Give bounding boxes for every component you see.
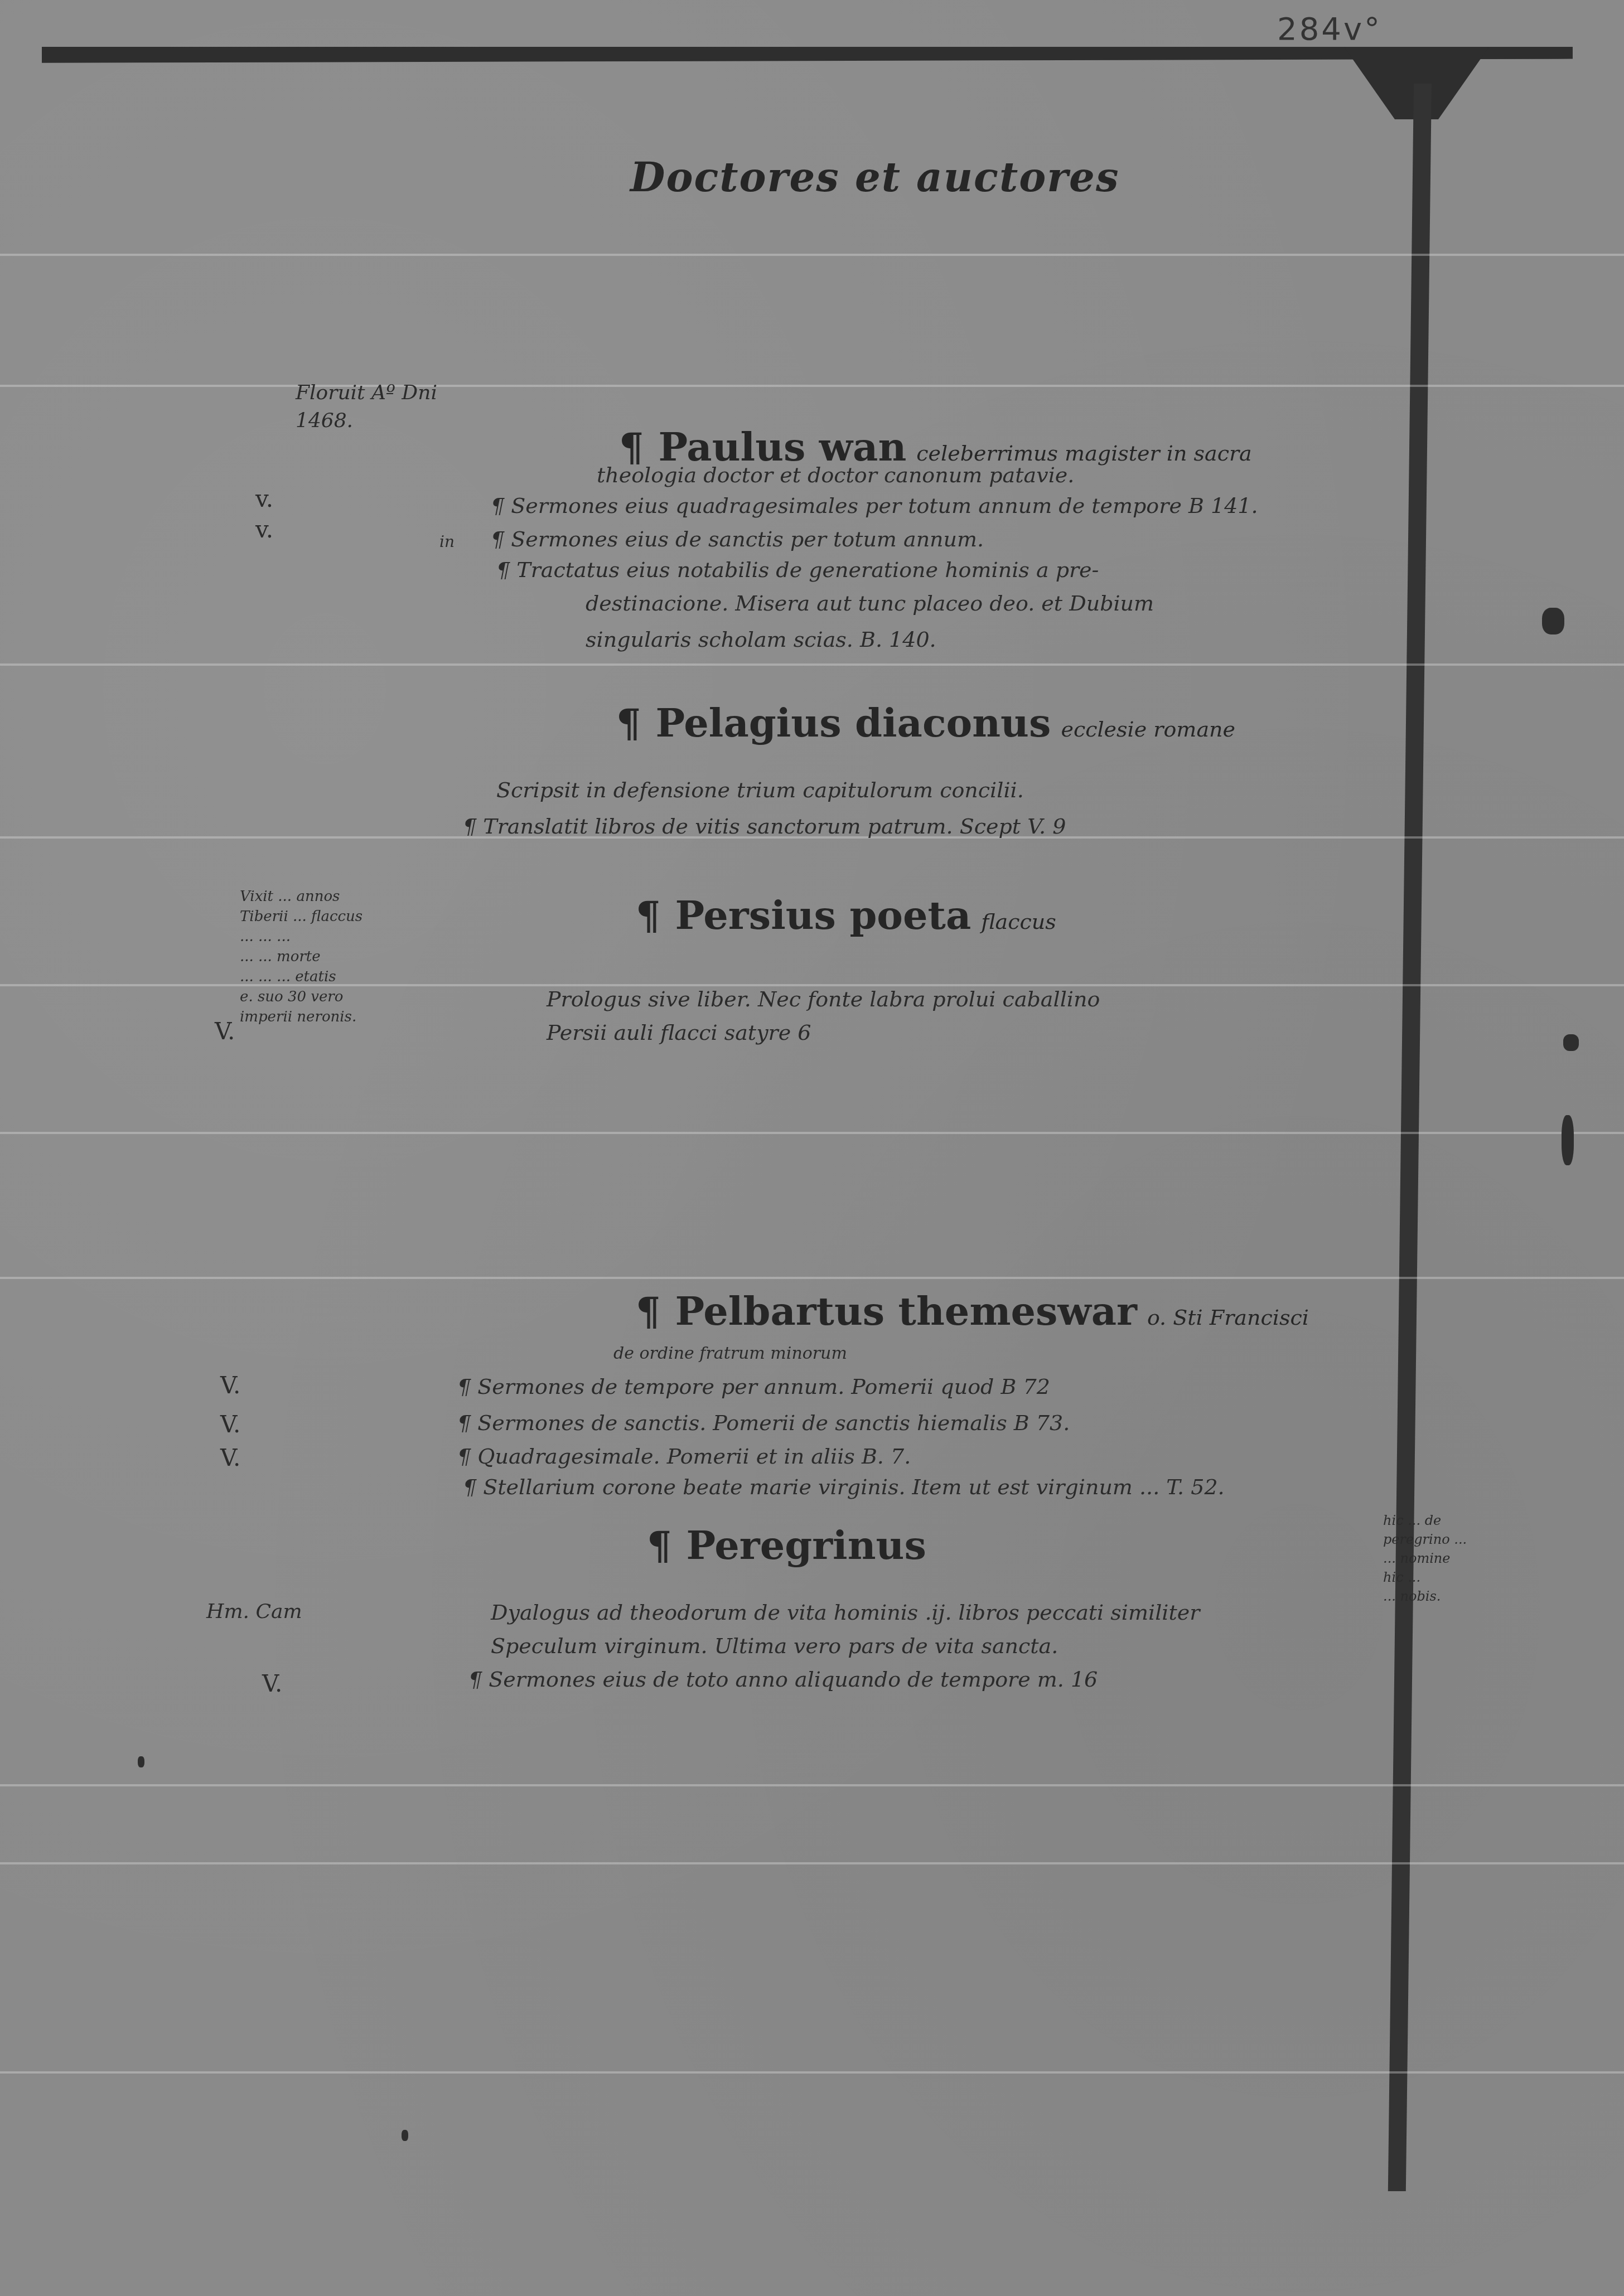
side-note-line: ... ... ... etatis xyxy=(240,967,362,987)
entry-text: Quadragesimale. Pomerii et in aliis xyxy=(477,1444,855,1469)
entry-line: Persii auli flacci satyre 6 xyxy=(547,1020,811,1045)
side-note: Hm. Cam xyxy=(206,1600,302,1623)
side-note-line: imperii neronis. xyxy=(240,1007,362,1027)
pilcrow-icon: ¶ xyxy=(463,814,476,839)
page-title: Doctores et auctores xyxy=(630,153,1119,201)
shelfmark: B 73. xyxy=(1014,1411,1070,1435)
entry-text: Translatit libros de vitis sanctorum pat… xyxy=(483,814,1021,839)
entry-text: Sermones eius de sanctis per totum annum… xyxy=(511,527,984,551)
pilcrow-icon: ¶ xyxy=(457,1374,471,1399)
shelfmark: B 72 xyxy=(1000,1374,1050,1399)
pilcrow-icon: ¶ xyxy=(636,892,661,938)
entry-line: ¶ Quadragesimale. Pomerii et in aliis B.… xyxy=(457,1444,911,1469)
entry-line: Prologus sive liber. Nec fonte labra pro… xyxy=(547,987,1100,1011)
right-note-line: hic ... xyxy=(1383,1568,1467,1587)
ruled-line xyxy=(0,254,1624,256)
entry-heading: ¶Persius poetaflaccus xyxy=(636,892,1056,938)
side-note-line: ... ... ... xyxy=(240,927,362,947)
margin-mark: in xyxy=(439,532,455,551)
pilcrow-icon: ¶ xyxy=(468,1667,482,1692)
pilcrow-icon: ¶ xyxy=(491,493,504,518)
shelfmark: B. 140. xyxy=(860,627,936,652)
siglum: V. xyxy=(220,1411,240,1438)
entry-line: ¶ Sermones eius de sanctis per totum ann… xyxy=(491,527,984,551)
right-note-line: peregrino ... xyxy=(1383,1530,1467,1549)
author-epithet: o. Sti Francisci xyxy=(1147,1305,1309,1330)
entry-heading: ¶Peregrinus xyxy=(647,1522,926,1568)
author-name: Persius poeta xyxy=(675,892,971,938)
right-note-line: ... nomine xyxy=(1383,1549,1467,1568)
ink-blot xyxy=(1563,1034,1579,1051)
side-note-line: Floruit Aº Dni xyxy=(296,379,437,407)
side-note-line: e. suo 30 vero xyxy=(240,987,362,1007)
entry-line: Dyalogus ad theodorum de vita hominis .i… xyxy=(491,1600,1200,1625)
pilcrow-icon: ¶ xyxy=(636,1288,661,1334)
siglum: V. xyxy=(215,1018,235,1045)
entry-line: ¶ Tractatus eius notabilis de generation… xyxy=(496,558,1099,582)
right-note-line: ... nobis. xyxy=(1383,1587,1467,1606)
entry-heading: ¶Pelagius diaconusecclesie romane xyxy=(616,700,1235,746)
entry-line: Speculum virginum. Ultima vero pars de v… xyxy=(491,1634,1058,1658)
shelfmark: B. 7. xyxy=(862,1444,911,1469)
ink-blot xyxy=(1562,1115,1574,1165)
entry-text: Sermones de sanctis. Pomerii de sanctis … xyxy=(477,1411,1007,1435)
right-note-line: hic ... de xyxy=(1383,1511,1467,1530)
siglum: V. xyxy=(262,1670,282,1697)
siglum: v. xyxy=(255,516,273,543)
pilcrow-icon: ¶ xyxy=(616,700,641,746)
pilcrow-icon: ¶ xyxy=(457,1411,471,1435)
author-name: Peregrinus xyxy=(687,1522,926,1568)
pilcrow-icon: ¶ xyxy=(457,1444,471,1469)
siglum: v. xyxy=(255,485,273,512)
pilcrow-icon: ¶ xyxy=(491,527,504,551)
entry-text: Tractatus eius notabilis de generatione … xyxy=(516,558,1099,582)
entry-line: ¶ Sermones eius quadragesimales per totu… xyxy=(491,493,1258,518)
entry-text: singularis scholam scias. xyxy=(586,627,853,652)
side-note: Floruit Aº Dni 1468. xyxy=(296,379,437,435)
entry-text: Sermones eius de toto anno aliquando de … xyxy=(489,1667,1030,1692)
top-frame-rule xyxy=(42,47,1573,74)
ruled-line xyxy=(0,1277,1624,1279)
side-note-line: 1468. xyxy=(296,407,437,435)
ruled-line xyxy=(0,1862,1624,1864)
pilcrow-icon: ¶ xyxy=(647,1522,672,1568)
pilcrow-icon: ¶ xyxy=(496,558,510,582)
pilcrow-icon: ¶ xyxy=(463,1475,476,1499)
author-name: Pelagius diaconus xyxy=(656,700,1051,746)
ruled-line xyxy=(0,663,1624,666)
shelfmark: B 141. xyxy=(1188,493,1258,518)
side-note: Vixit ... annos Tiberii ... flaccus ... … xyxy=(240,887,362,1027)
entry-heading: ¶Pelbartus themeswaro. Sti Francisci xyxy=(636,1288,1309,1334)
entry-line: ¶ Sermones eius de toto anno aliquando d… xyxy=(468,1667,1098,1692)
entry-heading-cont: theologia doctor et doctor canonum patav… xyxy=(597,463,1074,487)
entry-text: Stellarium corone beate marie virginis. … xyxy=(483,1475,1224,1499)
side-note-line: Tiberii ... flaccus xyxy=(240,907,362,927)
siglum: V. xyxy=(220,1372,240,1399)
entry-line: ¶ Sermones de sanctis. Pomerii de sancti… xyxy=(457,1411,1070,1435)
shelfmark: V. 9 xyxy=(1027,814,1066,839)
shelfmark: m. 16 xyxy=(1037,1667,1098,1692)
entry-line: destinacione. Misera aut tunc placeo deo… xyxy=(586,591,1154,616)
entry-line: ¶ Sermones de tempore per annum. Pomerii… xyxy=(457,1374,1050,1399)
side-note-line: ... ... morte xyxy=(240,947,362,967)
ink-dot xyxy=(402,2130,408,2141)
entry-line: singularis scholam scias. B. 140. xyxy=(586,627,936,652)
ruled-line xyxy=(0,1784,1624,1786)
siglum: V. xyxy=(220,1444,240,1471)
ink-dot xyxy=(138,1756,144,1767)
entry-line: ¶ Translatit libros de vitis sanctorum p… xyxy=(463,814,1066,839)
author-epithet: flaccus xyxy=(981,909,1056,934)
right-frame-rule xyxy=(1388,84,1432,2191)
entry-line: Scripsit in defensione trium capitulorum… xyxy=(496,778,1024,802)
author-epithet: celeberrimus magister in sacra xyxy=(916,441,1251,466)
entry-text: Sermones eius quadragesimales per totum … xyxy=(511,493,1182,518)
right-margin-note: hic ... de peregrino ... ... nomine hic … xyxy=(1383,1511,1467,1606)
entry-heading-cont: de ordine fratrum minorum xyxy=(613,1344,847,1363)
ruled-line xyxy=(0,1132,1624,1134)
ink-blot xyxy=(1542,608,1564,634)
ruled-line xyxy=(0,385,1624,387)
author-epithet: ecclesie romane xyxy=(1061,717,1235,742)
author-name: Pelbartus themeswar xyxy=(675,1288,1137,1334)
side-note-line: Vixit ... annos xyxy=(240,887,362,907)
entry-line: ¶ Stellarium corone beate marie virginis… xyxy=(463,1475,1225,1499)
entry-text: Sermones de tempore per annum. Pomerii q… xyxy=(477,1374,994,1399)
folio-number: 284v° xyxy=(1277,11,1382,47)
ruled-line xyxy=(0,2071,1624,2074)
